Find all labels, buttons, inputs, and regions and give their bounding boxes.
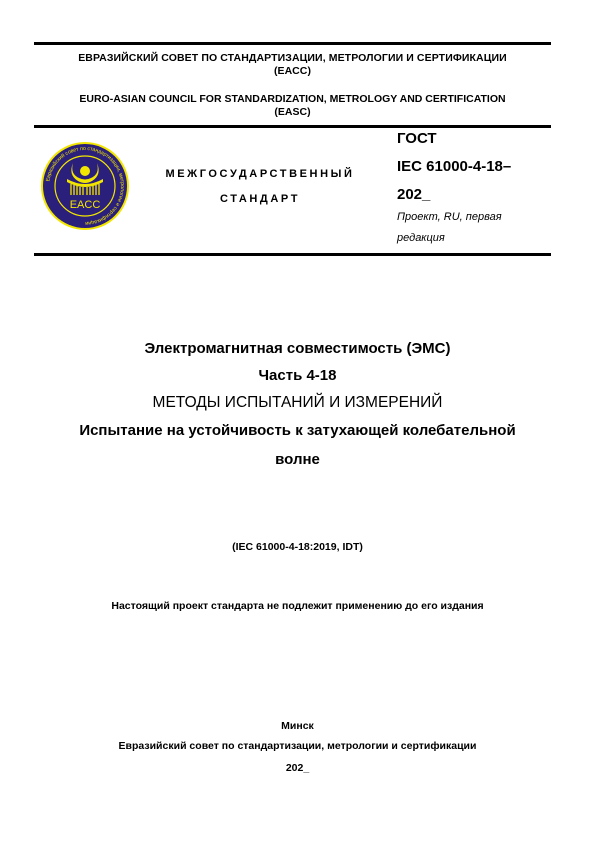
council-name-ru: ЕВРАЗИЙСКИЙ СОВЕТ ПО СТАНДАРТИЗАЦИИ, МЕТ…: [34, 52, 551, 78]
council-name-en-text: EURO-ASIAN COUNCIL FOR STANDARDIZATION, …: [34, 93, 551, 106]
footer-city: Минск: [40, 720, 555, 732]
header-rule: [34, 125, 551, 128]
draft-status-line1: Проект, RU, первая: [397, 211, 502, 223]
footer-publisher: Евразийский совет по стандартизации, мет…: [40, 740, 555, 752]
council-name-ru-text: ЕВРАЗИЙСКИЙ СОВЕТ ПО СТАНДАРТИЗАЦИИ, МЕТ…: [34, 52, 551, 65]
document-title-line3: МЕТОДЫ ИСПЫТАНИЙ И ИЗМЕРЕНИЙ: [40, 394, 555, 412]
document-title-line1: Электромагнитная совместимость (ЭМС): [40, 340, 555, 357]
eacc-emblem-icon: Евразийский совет по стандартизации, мет…: [40, 141, 130, 231]
top-rule: [34, 42, 551, 45]
standard-year: 202_: [397, 186, 430, 203]
header-bottom-rule: [34, 253, 551, 256]
document-subtitle-line1: Испытание на устойчивость к затухающей к…: [40, 422, 555, 439]
council-name-en: EURO-ASIAN COUNCIL FOR STANDARDIZATION, …: [34, 93, 551, 119]
gost-label: ГОСТ: [397, 130, 437, 147]
standard-number: IEC 61000-4-18–: [397, 158, 511, 175]
document-part: Часть 4-18: [40, 367, 555, 384]
iec-reference: (IEC 61000-4-18:2019, IDT): [40, 541, 555, 553]
svg-text:EACC: EACC: [70, 199, 101, 211]
draft-notice: Настоящий проект стандарта не подлежит п…: [40, 600, 555, 612]
standard-type-line1: МЕЖГОСУДАРСТВЕННЫЙ: [140, 168, 380, 180]
council-abbr-ru: (ЕАСС): [34, 65, 551, 78]
footer-year: 202_: [40, 762, 555, 774]
standard-type-line2: СТАНДАРТ: [140, 193, 380, 205]
council-abbr-en: (EASC): [34, 106, 551, 119]
draft-status-line2: редакция: [397, 232, 445, 244]
document-subtitle-line2: волне: [40, 451, 555, 468]
